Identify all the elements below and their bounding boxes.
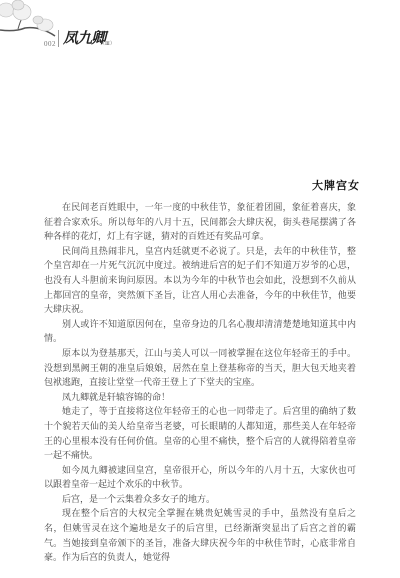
paragraph: 她走了，等于直接将这位年轻帝王的心也一同带走了。后宫里的确纳了数十个貌若天仙的美… — [44, 405, 356, 463]
book-volume: （Ⅲ） — [100, 40, 115, 47]
book-title: 凤九卿 — [63, 27, 105, 48]
chapter-body: 在民间老百姓眼中，一年一度的中秋佳节，象征着团圆，象征着喜庆，象征着合家欢乐。所… — [44, 201, 356, 566]
paragraph: 别人或许不知道原因何在，皇帝身边的几名心腹却清清楚楚地知道其中内情。 — [44, 318, 356, 347]
magnolia-branch-icon — [0, 0, 60, 40]
paragraph: 在民间老百姓眼中，一年一度的中秋佳节，象征着团圆，象征着喜庆，象征着合家欢乐。所… — [44, 201, 356, 245]
page-number: 002 — [44, 40, 56, 48]
paragraph: 凤九卿就是轩辕容锦的命！ — [44, 391, 356, 406]
paragraph: 原本以为登基那天，江山与美人可以一同被掌握在这位年轻帝王的手中。没想到黑阙王朝的… — [44, 347, 356, 391]
header-divider — [58, 30, 59, 47]
paragraph: 现在整个后宫的大权完全掌握在姚贵妃姚雪灵的手中，虽然没有皇后之名，但姚雪灵在这个… — [44, 507, 356, 565]
chapter-title: 大牌宫女 — [312, 177, 360, 193]
paragraph: 如今凤九卿被逮回皇宫，皇帝很开心，所以今年的八月十五，大家伙也可以跟着皇帝一起过… — [44, 464, 356, 493]
paragraph: 后宫，是一个云集着众多女子的地方。 — [44, 493, 356, 508]
paragraph: 民间尚且热闹非凡，皇宫内廷就更不必说了。只是，去年的中秋佳节，整个皇宫却在一片死… — [44, 245, 356, 318]
page-header: 002 凤九卿 （Ⅲ） — [0, 0, 400, 60]
